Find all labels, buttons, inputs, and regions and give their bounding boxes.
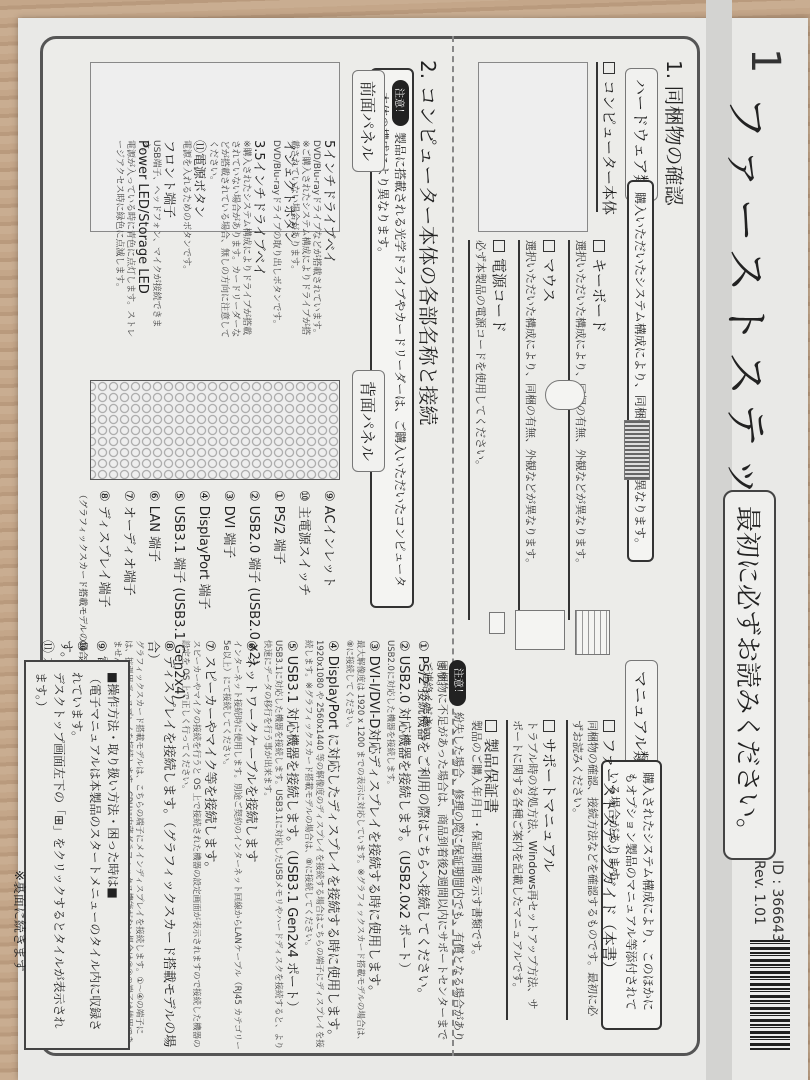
checklist-first-step-guide[interactable]: ファーストステップガイド（本書） bbox=[599, 720, 620, 976]
continued-note: ※裏面に続きます bbox=[11, 870, 30, 972]
info-line-2: デスクトップ画面左下の「⊞」をクリックするとタイルが表示されます。） bbox=[32, 672, 68, 1038]
checklist-computer[interactable]: コンピューター本体 bbox=[599, 62, 620, 215]
back-part-item: ⑧ ディスプレイ端子 bbox=[96, 490, 115, 640]
caution-badge: 注意！ bbox=[392, 80, 409, 126]
connection-step: ⑥ ネットワークケーブルを接続しますインターネット接続時に使用します。別途ご契約… bbox=[220, 640, 258, 1050]
document-id: ID : 366643 Rev. 1.01 bbox=[750, 860, 786, 942]
checkbox-icon[interactable] bbox=[603, 720, 615, 732]
checkbox-icon[interactable] bbox=[593, 240, 605, 252]
manual-illustration bbox=[575, 610, 610, 655]
front-part-eject: イジェクトボタンDVD/Blu-rayドライブの取り出しボタンです。 bbox=[270, 140, 300, 340]
section1-title: 1. 同梱物の確認 bbox=[661, 60, 690, 205]
info-title: ■操作方法・取り扱い方法・困った時は■ bbox=[104, 672, 122, 1038]
section2-title: 2. コンピューター本体の各部名称と接続 bbox=[415, 60, 444, 425]
keyboard-desc: 選択いただいた構成により、同梱の有無、外観などが異なります。 bbox=[573, 240, 588, 620]
connection-step: ⑦ スピーカーやマイク等を接続します。スピーカーやマイクの接続を行うと OS 上… bbox=[179, 640, 217, 1050]
booklet-illustration bbox=[515, 610, 565, 650]
checklist-mouse[interactable]: マウス bbox=[539, 240, 560, 303]
connection-step: ⑤ USB3.1 対応機器を接続します。（USB3.1 Gen2x4 ポート）U… bbox=[261, 640, 299, 1050]
back-part-item: ⑤ USB3.1 端子 (USB3.1 Gen2x4) bbox=[171, 490, 190, 640]
front-part-35inch-bay: 3.5インチドライブベイ※購入されたシステム構成によりドライブが搭載されていない… bbox=[207, 140, 270, 340]
checklist-support-manual[interactable]: サポートマニュアル bbox=[539, 720, 560, 872]
caution-badge: 注意！ bbox=[449, 660, 466, 706]
barcode-icon bbox=[750, 940, 790, 1050]
back-part-item: ① PS/2 端子 bbox=[271, 490, 290, 640]
underline bbox=[506, 720, 508, 1020]
back-panel-tag: 背面パネル bbox=[352, 370, 385, 472]
mouse-illustration bbox=[545, 380, 585, 410]
warranty-desc: 製品のご購入年月日・保証期間を示す書類です。 bbox=[469, 720, 484, 1020]
back-part-item: ⑩ 主電源スイッチ bbox=[296, 490, 315, 640]
back-part-item: ② USB2.0 端子 (USB2.0 x2) bbox=[246, 490, 265, 640]
checklist-warranty[interactable]: 製品保証書 bbox=[481, 720, 502, 813]
back-part-item: ⑨ ACインレット bbox=[321, 490, 340, 640]
keyboard-illustration bbox=[624, 420, 650, 480]
checkbox-icon[interactable] bbox=[603, 62, 615, 74]
must-read-badge: 最初に必ずお読みください。 bbox=[723, 490, 776, 860]
underline bbox=[596, 62, 598, 212]
checkbox-icon[interactable] bbox=[543, 720, 555, 732]
info-line-1: （電子マニュアルは本製品のスタートメニューのタイル内に収録されています。 bbox=[68, 672, 104, 1038]
back-part-item: ⑥ LAN 端子 bbox=[146, 490, 165, 640]
first-step-guide-desc: 同梱物の確認、接続方法などを確認するものです。最初に必ずお読みください。 bbox=[570, 720, 600, 1020]
info-box: ■操作方法・取り扱い方法・困った時は■ （電子マニュアルは本製品のスタートメニュ… bbox=[24, 660, 130, 1050]
underline bbox=[468, 240, 470, 620]
first-step-guide-page: 1 ファーストステップガイド 最初に必ずお読みください。 ID : 366643… bbox=[0, 0, 810, 1080]
back-part-item: ④ DisplayPort 端子 bbox=[196, 490, 215, 640]
computer-back-panel-illustration bbox=[90, 380, 340, 480]
document-id-number: ID : 366643 bbox=[768, 860, 786, 942]
underline bbox=[566, 720, 568, 1020]
front-part-leds: Power LED/Storage LED電源が入っている時に青色に点灯します。… bbox=[113, 140, 150, 340]
connection-step: ② USB2.0 対応機器を接続します。（USB2.0x2 ポート）USB2.0… bbox=[384, 640, 411, 1050]
mouse-desc: 選択いただいた構成により、同梱の有無、外観などが異なります。 bbox=[523, 240, 538, 620]
connection-step: ④ DisplayPort に対応したディスプレイを接続する時に使用します。19… bbox=[302, 640, 340, 1050]
front-panel-tag: 前面パネル bbox=[352, 70, 385, 172]
checkbox-icon[interactable] bbox=[543, 240, 555, 252]
back-part-item: ③ DVI 端子 bbox=[221, 490, 240, 640]
computer-front-illustration bbox=[478, 62, 588, 232]
hardware-note: 購入いただいたシステム構成により、同梱物の内容は異なります。 bbox=[627, 180, 654, 562]
connection-step: ① PS/2 接続機器をご利用の際はこちらへ接続してください。 bbox=[414, 640, 430, 1050]
page-number: 1 bbox=[742, 48, 788, 73]
document-revision: Rev. 1.01 bbox=[750, 860, 768, 942]
checkbox-icon[interactable] bbox=[485, 720, 497, 732]
back-parts-list: ⑨ ACインレット⑩ 主電源スイッチ① PS/2 端子② USB2.0 端子 (… bbox=[77, 490, 340, 640]
back-parts-note: （グラフィックスカード搭載モデルの場合） bbox=[77, 490, 90, 640]
warranty-card-illustration bbox=[489, 612, 505, 634]
checklist-power-cord[interactable]: 電源コード bbox=[489, 240, 510, 333]
power-cord-desc: 必ず本製品の電源コードを使用してください。 bbox=[473, 240, 488, 620]
checklist-keyboard[interactable]: キーボード bbox=[589, 240, 610, 333]
underline bbox=[568, 240, 570, 620]
checkbox-icon[interactable] bbox=[493, 240, 505, 252]
front-part-power-button: ⑪電源ボタン電源を入れるためのボタンです。 bbox=[180, 140, 210, 340]
back-part-item: ⑦ オーディオ端子 bbox=[121, 490, 140, 640]
underline bbox=[518, 240, 520, 620]
connection-step: ③ DVI-I/DVI-D対応ディスプレイを接続する時に使用します。最大解像度は… bbox=[343, 640, 381, 1050]
support-manual-desc: トラブル時の対処方法、Windows再セットアップ方法、サポートに関する各種ご案… bbox=[510, 720, 540, 1020]
